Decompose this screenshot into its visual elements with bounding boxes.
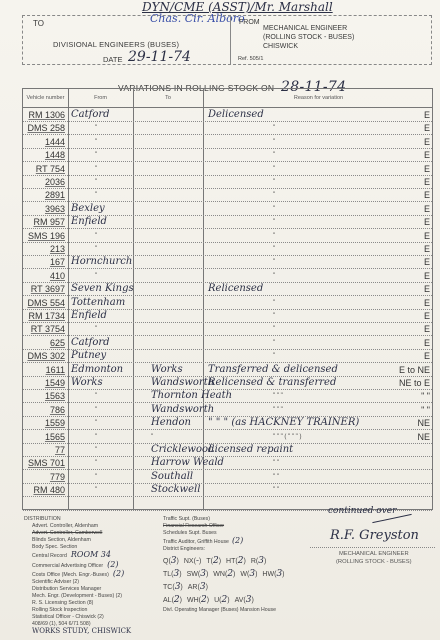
paren: ) <box>233 571 235 578</box>
district-code: NX(-) <box>184 558 201 565</box>
table-row: 1563"Thornton Heath" " "" " <box>23 389 432 403</box>
table-row: 1565""" " " ( " " " )NE <box>23 430 432 444</box>
from-cell: Tottenham <box>71 296 141 309</box>
vehicle-number-cell: 3963 <box>23 202 67 215</box>
vehicle-number-cell: DMS 554 <box>23 296 67 309</box>
distribution-item-text: Traffic Auditor, Griffith House <box>163 539 229 545</box>
signature-line <box>310 547 435 548</box>
paren: ) <box>255 571 257 578</box>
district-code: W(3) <box>240 571 257 578</box>
status-code-cell: " " <box>390 389 430 402</box>
handwritten-note: (2) <box>107 560 118 569</box>
from-line-3: CHISWICK <box>263 42 354 51</box>
district-engineer-codes: Q(3)NX(-)T(2)HT(2)R(3)TL(3)SW(3)WN(2)W(3… <box>163 555 290 607</box>
status-code-cell: E <box>390 296 430 309</box>
vehicle-number-cell: 1559 <box>23 416 67 429</box>
from-cell: Bexley <box>71 202 141 215</box>
reason-cell: Delicensed <box>208 108 398 121</box>
to-cell <box>151 135 233 148</box>
status-code-cell <box>390 470 430 483</box>
to-cell <box>151 349 233 362</box>
distribution-item-text: Schedules Supt. Buses <box>163 530 217 536</box>
distribution-list-right: Traffic Supt. (Buses)Financial Research … <box>163 516 290 615</box>
variations-table: Vehicle number From To Reason for variat… <box>22 88 433 510</box>
reason-cell: Relicensed <box>208 282 398 295</box>
to-cell <box>151 175 233 188</box>
paren: ) <box>180 597 182 604</box>
status-code-cell: E <box>390 135 430 148</box>
table-row: SMS 196""E <box>23 229 432 243</box>
district-code: AL(2) <box>163 597 182 604</box>
distribution-item: Statistical Officer - Chiswick (2) <box>32 614 131 621</box>
to-cell: " <box>151 430 233 443</box>
paren: ) <box>206 584 208 591</box>
status-code-cell: E <box>390 162 430 175</box>
vehicle-number-cell: RT 3697 <box>23 282 67 295</box>
vehicle-number-cell: 1448 <box>23 148 67 161</box>
vehicle-number-cell: 1611 <box>23 363 67 376</box>
signature-title-line-1: MECHANICAL ENGINEER <box>336 550 412 558</box>
status-code-cell: E <box>390 175 430 188</box>
distribution-item-text: Traffic Supt. (Buses) <box>163 516 210 522</box>
district-code: TC(3) <box>163 584 183 591</box>
column-header-to: To <box>133 89 203 107</box>
vehicle-number-cell: SMS 701 <box>23 456 67 469</box>
to-cell: Stockwell <box>151 483 233 496</box>
distribution-items-left: Advert. Controller, AldenhamAdvert. Cont… <box>24 523 131 636</box>
paren: ) <box>179 571 181 578</box>
table-row: 213""E <box>23 242 432 256</box>
to-cell <box>151 215 233 228</box>
distribution-items-right: Traffic Supt. (Buses)Financial Research … <box>163 516 290 553</box>
from-cell: Enfield <box>71 215 141 228</box>
distribution-item: Schedules Supt. Buses <box>163 530 290 537</box>
table-row: RM 957Enfield"E <box>23 215 432 229</box>
vehicle-number-cell: 786 <box>23 403 67 416</box>
status-code-cell: E <box>390 229 430 242</box>
distribution-item-text: District Engineers: <box>163 546 205 552</box>
vehicle-number-cell: 2891 <box>23 188 67 201</box>
handwritten-note: (2) <box>232 536 243 545</box>
distribution-item: Scientific Adviser (2) <box>32 579 131 586</box>
district-code-label: WN <box>213 571 225 578</box>
paren: ) <box>206 571 208 578</box>
status-code-cell: NE to E <box>390 376 430 389</box>
paren: ) <box>177 558 179 565</box>
paren: ) <box>264 558 266 565</box>
table-row: DMS 554Tottenham"E <box>23 296 432 310</box>
table-row: DMS 258""E <box>23 121 432 135</box>
status-code-cell: E <box>390 255 430 268</box>
table-row: 1448""E <box>23 148 432 162</box>
from-cell: Seven Kings <box>71 282 141 295</box>
status-code-cell: E <box>390 322 430 335</box>
signature-title-line-2: (ROLLING STOCK - BUSES) <box>336 558 412 566</box>
from-cell: Putney <box>71 349 141 362</box>
to-cell <box>151 162 233 175</box>
distribution-item-text: Distribution Services Manager <box>32 586 101 592</box>
to-label: TO <box>33 19 44 28</box>
vehicle-number-cell: RM 480 <box>23 483 67 496</box>
distribution-item: Blinds Section, Aldenham <box>32 537 131 544</box>
district-code: AV(3) <box>235 597 254 604</box>
vehicle-number-cell: DMS 258 <box>23 121 67 134</box>
district-code: AR(3) <box>188 584 208 591</box>
status-code-cell: E <box>390 188 430 201</box>
distribution-item-text: Statistical Officer - Chiswick (2) <box>32 614 104 620</box>
distribution-item-text: Scientific Adviser (2) <box>32 579 79 585</box>
district-code-label: TL <box>163 571 171 578</box>
date-value: 29-11-74 <box>128 49 191 65</box>
district-code-row: Q(3)NX(-)T(2)HT(2)R(3) <box>163 555 290 568</box>
status-code-cell: NE <box>390 430 430 443</box>
distribution-item-text: WORKS STUDY, CHISWICK <box>32 627 131 635</box>
district-code: WN(2) <box>213 571 235 578</box>
vehicle-number-cell: RT 3754 <box>23 322 67 335</box>
district-code-row: TL(3)SW(3)WN(2)W(3)HW(3) <box>163 568 290 581</box>
table-row: SMS 701"Harrow Weald" " <box>23 456 432 470</box>
district-code-label: SW <box>187 571 198 578</box>
distribution-item: R. S. Licensing Section (8) <box>32 600 131 607</box>
table-row: RM 1306CatfordDelicensedE <box>23 108 432 122</box>
to-cell <box>151 188 233 201</box>
status-code-cell: E <box>390 269 430 282</box>
column-header-vehicle: Vehicle number <box>23 89 68 107</box>
distribution-item: WORKS STUDY, CHISWICK <box>32 628 131 636</box>
distribution-item: Advert. Controller, Camberwell <box>32 530 131 537</box>
distribution-item: District Engineers: <box>163 546 290 553</box>
to-cell: Thornton Heath <box>151 389 233 402</box>
distribution-item: Rolling Stock Inspection <box>32 607 131 614</box>
status-code-cell: E <box>390 215 430 228</box>
handwritten-note: (2) <box>113 569 124 578</box>
distribution-item: Distribution Services Manager <box>32 586 131 593</box>
status-code-cell: E <box>390 349 430 362</box>
district-code-label: HT <box>226 558 235 565</box>
status-code-cell <box>390 443 430 456</box>
from-cell <box>71 497 141 510</box>
signature: R.F. Greyston <box>330 528 419 543</box>
status-code-cell: E <box>390 148 430 161</box>
status-code-cell: " " <box>390 403 430 416</box>
signature-title: MECHANICAL ENGINEER (ROLLING STOCK - BUS… <box>336 550 412 566</box>
from-cell: Edmonton <box>71 363 141 376</box>
to-cell <box>151 121 233 134</box>
distribution-list-left: DISTRIBUTION Advert. Controller, Aldenha… <box>24 516 131 637</box>
vehicle-number-cell: 1563 <box>23 389 67 402</box>
to-cell: Harrow Weald <box>151 456 233 469</box>
vehicle-number-cell <box>23 497 67 510</box>
district-code: HW(3) <box>262 571 284 578</box>
paren: ) <box>243 558 245 565</box>
table-row: 410""E <box>23 269 432 283</box>
status-code-cell: E <box>390 309 430 322</box>
distribution-footer: Divl. Operating Manager (Buses) Mansion … <box>163 607 290 614</box>
distribution-item: Advert. Controller, Aldenham <box>32 523 131 530</box>
distribution-item-text: Advert. Controller, Aldenham <box>32 523 98 529</box>
to-cell <box>151 336 233 349</box>
table-row: RM 1734Enfield"E <box>23 309 432 323</box>
distribution-item: Traffic Supt. (Buses) <box>163 516 290 523</box>
paren: ) <box>219 558 221 565</box>
district-code: TL(3) <box>163 571 182 578</box>
column-header-reason: Reason for variation <box>203 89 434 107</box>
to-cell <box>151 269 233 282</box>
from-line-2: (ROLLING STOCK - BUSES) <box>263 33 354 42</box>
vehicle-number-cell: 1444 <box>23 135 67 148</box>
to-recipient: DIVISIONAL ENGINEERS (BUSES) <box>53 40 179 49</box>
handwritten-note: ROOM 34 <box>71 550 111 559</box>
table-row: RT 754""E <box>23 162 432 176</box>
from-sender: MECHANICAL ENGINEER (ROLLING STOCK - BUS… <box>263 24 354 51</box>
district-code: U(2) <box>214 597 229 604</box>
vehicle-number-cell: 625 <box>23 336 67 349</box>
paren: ) <box>207 597 209 604</box>
district-code-label: NX <box>184 558 194 565</box>
continued-note: continued over <box>328 506 396 516</box>
table-row: 3963Bexley"E <box>23 202 432 216</box>
table-row: 2891""E <box>23 188 432 202</box>
distribution-item: Traffic Auditor, Griffith House(2) <box>163 537 290 546</box>
vehicle-number-cell: RM 1734 <box>23 309 67 322</box>
to-cell <box>151 229 233 242</box>
table-row: RT 3754""E <box>23 322 432 336</box>
table-row: 1444""E <box>23 135 432 149</box>
distribution-heading: DISTRIBUTION <box>24 516 131 523</box>
district-code: HT(2) <box>226 558 246 565</box>
table-row: 625Catford"E <box>23 336 432 350</box>
distribution-item-text: Commercial Advertising Officer <box>32 563 103 569</box>
vehicle-number-cell: RM 957 <box>23 215 67 228</box>
distribution-item-text: R. S. Licensing Section (8) <box>32 600 93 606</box>
paren: ) <box>180 584 182 591</box>
from-cell: Catford <box>71 108 141 121</box>
vehicle-number-cell: DMS 302 <box>23 349 67 362</box>
vehicle-number-cell: 1549 <box>23 376 67 389</box>
status-code-cell: E <box>390 242 430 255</box>
table-row: 779"Southall" " <box>23 470 432 484</box>
from-cell: Enfield <box>71 309 141 322</box>
district-code-label: HW <box>262 571 274 578</box>
district-code-label: W <box>240 571 247 578</box>
distribution-item-text: Financial Research Officer <box>163 523 224 529</box>
table-row: DMS 302Putney"E <box>23 349 432 363</box>
distribution-item: Costs Office (Mech. Engr.-Buses)(2) <box>32 570 131 579</box>
table-row: 1559"Hendon" " " (as HACKNEY TRAINER)NE <box>23 416 432 430</box>
table-row: 77"CricklewoodLicensed repaint <box>23 443 432 457</box>
district-code-label: AL <box>163 597 172 604</box>
table-row: 1611EdmontonWorksTransferred & delicense… <box>23 363 432 377</box>
table-row: 167Hornchurch"E <box>23 255 432 269</box>
to-cell <box>151 322 233 335</box>
vehicle-number-cell: 213 <box>23 242 67 255</box>
reason-cell: Licensed repaint <box>208 443 398 456</box>
vehicle-number-cell: 2036 <box>23 175 67 188</box>
distribution-item-text: Blinds Section, Aldenham <box>32 537 91 543</box>
table-row: 2036""E <box>23 175 432 189</box>
status-code-cell: NE <box>390 416 430 429</box>
distribution-item-text: Rolling Stock Inspection <box>32 607 87 613</box>
vehicle-number-cell: 77 <box>23 443 67 456</box>
from-cell: Catford <box>71 336 141 349</box>
district-code: R(3) <box>251 558 266 565</box>
status-code-cell: E <box>390 282 430 295</box>
date-label: DATE <box>103 55 122 64</box>
vehicle-number-cell: RM 1306 <box>23 108 67 121</box>
reason-cell: Relicensed & transferred <box>208 376 398 389</box>
from-cell: Works <box>71 376 141 389</box>
district-code-label: AR <box>188 584 198 591</box>
vehicle-number-cell: 1565 <box>23 430 67 443</box>
document-page: DYN/CME (ASST)/Mr. Marshall Chas. Cir. A… <box>0 0 440 640</box>
distribution-item-text: Body Spec. Section <box>32 544 77 550</box>
vehicle-number-cell: 779 <box>23 470 67 483</box>
to-cell <box>151 309 233 322</box>
distribution-item-text: Costs Office (Mech. Engr.-Buses) <box>32 572 109 578</box>
table-row: 786"Wandsworth" " "" " <box>23 403 432 417</box>
table-row: RT 3697Seven KingsRelicensedE <box>23 282 432 296</box>
distribution-item: Mech. Engr. (Development - Buses) (2) <box>32 593 131 600</box>
from-cell: Hornchurch <box>71 255 141 268</box>
paren: ) <box>227 597 229 604</box>
table-row: RM 480"Stockwell" " <box>23 483 432 497</box>
from-line-1: MECHANICAL ENGINEER <box>263 24 354 33</box>
district-code-row: AL(2)WH(2)U(2)AV(3) <box>163 594 290 607</box>
to-cell <box>151 242 233 255</box>
table-row: 1549WorksWandsworthRelicensed & transfer… <box>23 376 432 390</box>
reason-cell: Transferred & delicensed <box>208 363 398 376</box>
to-cell <box>151 296 233 309</box>
status-code-cell <box>390 456 430 469</box>
vehicle-number-cell: 167 <box>23 255 67 268</box>
status-code-cell: E <box>390 108 430 121</box>
district-code: T(2) <box>206 558 221 565</box>
to-cell <box>151 148 233 161</box>
to-cell: Wandsworth <box>151 403 233 416</box>
status-code-cell: E <box>390 336 430 349</box>
district-code-label: WH <box>187 597 199 604</box>
status-code-cell: E to NE <box>390 363 430 376</box>
distribution-item: Financial Research Officer <box>163 523 290 530</box>
vehicle-number-cell: 410 <box>23 269 67 282</box>
to-cell <box>151 255 233 268</box>
to-cell <box>151 202 233 215</box>
status-code-cell: E <box>390 202 430 215</box>
distribution-item-text: Mech. Engr. (Development - Buses) (2) <box>32 593 122 599</box>
distribution-item-text: Advert. Controller, Camberwell <box>32 530 102 536</box>
from-label: FROM <box>239 19 260 26</box>
status-code-cell <box>390 483 430 496</box>
vehicle-number-cell: RT 754 <box>23 162 67 175</box>
to-cell: Southall <box>151 470 233 483</box>
reason-cell: " " " (as HACKNEY TRAINER) <box>208 416 398 429</box>
header-divider <box>230 16 231 64</box>
district-code-label: TC <box>163 584 172 591</box>
paren: ) <box>199 558 201 565</box>
district-code-row: TC(3)AR(3) <box>163 581 290 594</box>
paren: ) <box>251 597 253 604</box>
paren: ) <box>282 571 284 578</box>
status-code-cell: E <box>390 121 430 134</box>
district-code: Q(3) <box>163 558 179 565</box>
district-code: SW(3) <box>187 571 209 578</box>
distribution-item-text: 408/69 (1), 504 6/71 508) <box>32 621 91 627</box>
vehicle-number-cell: SMS 196 <box>23 229 67 242</box>
reference-number: Ref. 505/1 <box>238 56 263 62</box>
memo-header-box: TO DIVISIONAL ENGINEERS (BUSES) DATE 29-… <box>22 15 432 65</box>
distribution-item-text: Central Record <box>32 553 67 559</box>
district-code: WH(2) <box>187 597 209 604</box>
column-header-from: From <box>68 89 133 107</box>
